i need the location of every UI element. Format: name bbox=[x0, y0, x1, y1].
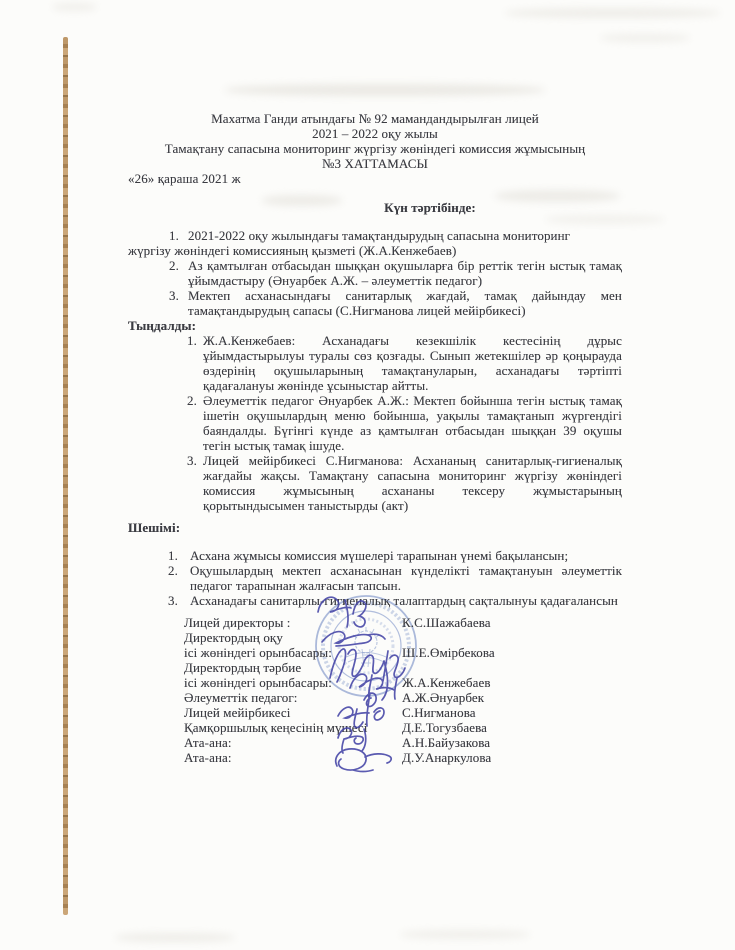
list-number: 3. bbox=[168, 593, 190, 608]
agenda-item: 1. 2021-2022 оқу жылындағы тамақтандыруд… bbox=[128, 228, 622, 243]
list-number: 2. bbox=[187, 393, 203, 453]
signature-row: Ата-ана: Д.У.Анаркулова bbox=[128, 750, 622, 765]
decision-item: 2. Оқушылардың мектеп асханасынан күндел… bbox=[128, 563, 622, 593]
heard-item-text: Лицей мейірбикесі С.Нигманова: Асхананың… bbox=[203, 453, 622, 513]
signature-role: Директордың тәрбие bbox=[184, 660, 402, 675]
list-number: 1. bbox=[168, 548, 190, 563]
list-number: 1. bbox=[187, 333, 203, 393]
agenda-item-text: Мектеп асханасындағы санитарлық жағдай, … bbox=[188, 288, 622, 318]
heard-item: 1. Ж.А.Кенжебаев: Асханадағы кезекшілік … bbox=[128, 333, 622, 393]
document-body: Махатма Ганди атындағы № 92 мамандандыры… bbox=[128, 111, 622, 765]
signature-role: Лицей директоры : bbox=[184, 615, 402, 630]
title-line-2: 2021 – 2022 оқу жылы bbox=[128, 126, 622, 141]
list-number: 3. bbox=[169, 288, 188, 318]
heard-item: 2. Әлеуметтік педагог Әнуарбек А.Ж.: Мек… bbox=[128, 393, 622, 453]
decision-item-text: Асханадағы санитарлы-гигиеналық талаптар… bbox=[190, 593, 622, 608]
signature-role: Ата-ана: bbox=[184, 735, 402, 750]
document-date: «26» қараша 2021 ж bbox=[128, 171, 622, 186]
scan-smudge bbox=[115, 933, 235, 942]
signature-role: Қамқоршылық кеңесінің мүшесі bbox=[184, 720, 402, 735]
signature-name: К.С.Шажабаева bbox=[402, 615, 491, 630]
heard-item: 3. Лицей мейірбикесі С.Нигманова: Асхана… bbox=[128, 453, 622, 513]
signature-role: Лицей мейірбикесі bbox=[184, 705, 402, 720]
signature-role: ісі жөніндегі орынбасары: bbox=[184, 645, 402, 660]
decision-item-text: Оқушылардың мектеп асханасынан күнделікт… bbox=[190, 563, 622, 593]
list-number: 2. bbox=[169, 258, 188, 288]
heard-list: 1. Ж.А.Кенжебаев: Асханадағы кезекшілік … bbox=[128, 333, 622, 513]
decision-heading: Шешімі: bbox=[128, 520, 622, 535]
signature-name: С.Нигманова bbox=[402, 705, 476, 720]
title-line-1: Махатма Ганди атындағы № 92 мамандандыры… bbox=[128, 111, 622, 126]
signature-name: Ж.А.Кенжебаев bbox=[402, 675, 491, 690]
signature-row: Әлеуметтік педагог: А.Ж.Әнуарбек bbox=[128, 690, 622, 705]
signature-role: Директордың оқу bbox=[184, 630, 402, 645]
signature-row: Директордың оқу bbox=[128, 630, 622, 645]
decision-list: 1. Асхана жұмысы комиссия мүшелері тарап… bbox=[128, 548, 622, 608]
scan-smudge bbox=[400, 930, 530, 939]
signature-name: А.Ж.Әнуарбек bbox=[402, 690, 484, 705]
signature-name: А.Н.Байузакова bbox=[402, 735, 490, 750]
signature-row: Ата-ана: А.Н.Байузакова bbox=[128, 735, 622, 750]
list-number: 2. bbox=[168, 563, 190, 593]
list-number: 3. bbox=[187, 453, 203, 513]
agenda-heading: Күн тәртібінде: bbox=[128, 200, 622, 215]
signature-name: Ш.Е.Өмірбекова bbox=[402, 645, 495, 660]
signature-row: ісі жөніндегі орынбасары: Ш.Е.Өмірбекова bbox=[128, 645, 622, 660]
signature-role: Әлеуметтік педагог: bbox=[184, 690, 402, 705]
signature-row: Лицей мейірбикесі С.Нигманова bbox=[128, 705, 622, 720]
heard-item-text: Ж.А.Кенжебаев: Асханадағы кезекшілік кес… bbox=[203, 333, 622, 393]
signature-name: Д.У.Анаркулова bbox=[402, 750, 491, 765]
scan-smudge bbox=[505, 8, 720, 18]
signature-row: Лицей директоры : К.С.Шажабаева bbox=[128, 615, 622, 630]
scan-smudge bbox=[600, 34, 690, 42]
title-line-4: №3 ХАТТАМАСЫ bbox=[128, 156, 622, 171]
page-binding-edge bbox=[63, 37, 68, 915]
scan-smudge bbox=[225, 84, 545, 96]
signature-role: Ата-ана: bbox=[184, 750, 402, 765]
signature-role: ісі жөніндегі орынбасары: bbox=[184, 675, 402, 690]
signature-row: ісі жөніндегі орынбасары: Ж.А.Кенжебаев bbox=[128, 675, 622, 690]
decision-item-text: Асхана жұмысы комиссия мүшелері тарапына… bbox=[190, 548, 622, 563]
signature-block: Лицей директоры : К.С.Шажабаева Директор… bbox=[128, 615, 622, 765]
agenda-item-text: Аз қамтылған отбасыдан шыққан оқушыларға… bbox=[188, 258, 622, 288]
signature-row: Директордың тәрбие bbox=[128, 660, 622, 675]
scan-smudge bbox=[52, 3, 97, 11]
agenda-item: 2. Аз қамтылған отбасыдан шыққан оқушыла… bbox=[128, 258, 622, 288]
agenda-item-text: 2021-2022 оқу жылындағы тамақтандырудың … bbox=[188, 228, 622, 243]
title-line-3: Тамақтану сапасына мониторинг жүргізу жө… bbox=[128, 141, 622, 156]
heard-item-text: Әлеуметтік педагог Әнуарбек А.Ж.: Мектеп… bbox=[203, 393, 622, 453]
agenda-item-continuation: жүргізу жөніндегі комиссияның қызметі (Ж… bbox=[128, 243, 622, 258]
scanned-protocol-document: Махатма Ганди атындағы № 92 мамандандыры… bbox=[0, 0, 735, 950]
heard-heading: Тыңдалды: bbox=[128, 318, 622, 333]
decision-item: 1. Асхана жұмысы комиссия мүшелері тарап… bbox=[128, 548, 622, 563]
signature-row: Қамқоршылық кеңесінің мүшесі Д.Е.Тогузба… bbox=[128, 720, 622, 735]
signature-name: Д.Е.Тогузбаева bbox=[402, 720, 487, 735]
decision-item: 3. Асханадағы санитарлы-гигиеналық талап… bbox=[128, 593, 622, 608]
list-number: 1. bbox=[169, 228, 188, 243]
agenda-item: 3. Мектеп асханасындағы санитарлық жағда… bbox=[128, 288, 622, 318]
agenda-list: 1. 2021-2022 оқу жылындағы тамақтандыруд… bbox=[128, 228, 622, 318]
